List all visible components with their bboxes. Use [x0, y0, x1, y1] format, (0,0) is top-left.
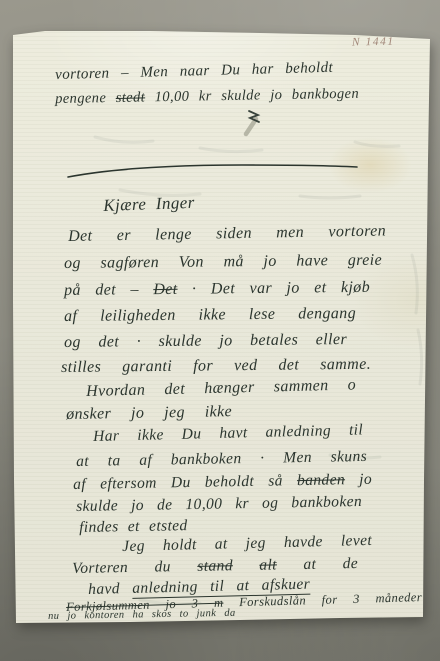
handwriting-text: findes et etsted: [79, 517, 188, 536]
handwritten-line-body-11: ønsker jo jeg ikke: [66, 404, 232, 424]
handwritten-line-body-16: findes et etsted: [79, 518, 188, 536]
handwriting-text: 10,00 kr skulde jo bankbogen: [145, 86, 359, 106]
paper-sheet: N 1441: [0, 0, 440, 661]
handwriting-text: ønsker jo jeg ikke: [66, 403, 232, 423]
paper-surface: N 1441: [0, 0, 440, 661]
handwritten-line-body-8: og det · skulde jo betales eller: [64, 332, 347, 352]
photographed-letter: N 1441: [0, 0, 440, 661]
handwriting-text: på det –: [64, 281, 153, 299]
handwriting-text: at de: [277, 555, 358, 573]
handwritten-line-body-9: stilles garanti for ved det samme.: [61, 357, 371, 377]
handwriting-text: Kjære Inger: [103, 193, 195, 215]
handwriting-text: og sagføren Von må jo have greie: [64, 252, 382, 272]
struck-text: stand: [197, 557, 233, 575]
handwriting-text: af leiligheden ikke lese dengang: [64, 305, 356, 325]
struck-text: alt: [259, 556, 277, 573]
handwriting-text: stilles garanti for ved det samme.: [61, 356, 371, 376]
handwriting-text: jo: [345, 471, 372, 488]
handwritten-line-greeting-3: Kjære Inger: [103, 194, 195, 215]
struck-text: stedt: [116, 89, 146, 106]
pencil-smudge: [246, 119, 256, 134]
handwritten-line-body-7: af leiligheden ikke lese dengang: [64, 306, 356, 326]
handwriting-text: · Det var jo et kjøb: [177, 279, 370, 298]
ink-smudge: [249, 111, 259, 122]
handwriting-text: havd: [88, 580, 132, 598]
handwritten-line-body-5: og sagføren Von må jo have greie: [64, 253, 382, 273]
handwriting-text: [233, 557, 260, 574]
handwriting-text: pengene: [55, 90, 116, 107]
handwriting-text: Vorteren du: [72, 558, 197, 577]
divider-stroke: [68, 165, 357, 177]
handwritten-line-body-6: på det – Det · Det var jo et kjøb: [64, 280, 370, 300]
handwriting-text: af eftersom Du beholdt så: [73, 472, 297, 493]
struck-text: banden: [297, 471, 345, 489]
handwriting-text: og det · skulde jo betales eller: [64, 331, 347, 351]
struck-text: Det: [153, 281, 177, 298]
